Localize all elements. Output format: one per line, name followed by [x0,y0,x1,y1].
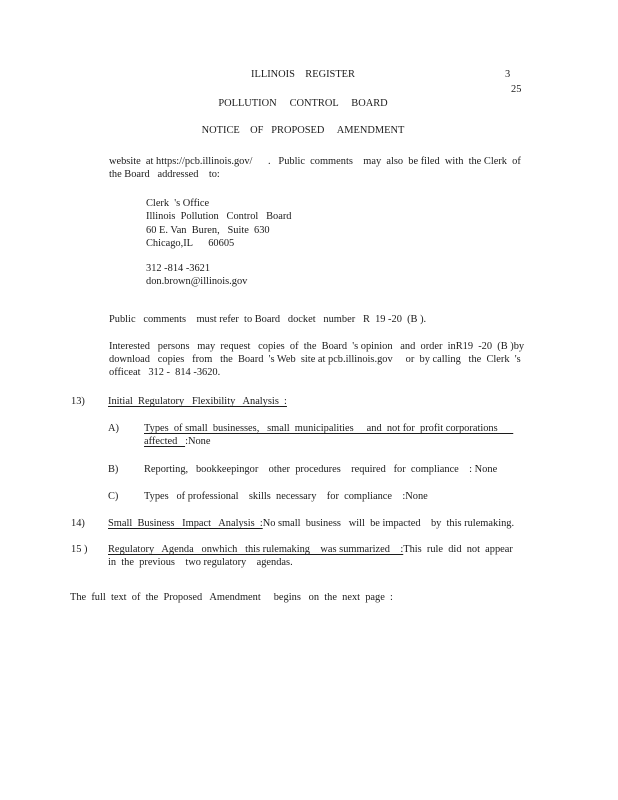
item15-value: This rule did not appear [403,544,513,555]
phone-number: 312 -814 -3621 [146,262,210,275]
para1-line1: website at https://pcb.illinois.gov/ . P… [109,155,521,168]
address-street: 60 E. Van Buren, Suite 630 [146,224,270,237]
item13a-letter: A) [108,422,119,435]
item15-number: 15 ) [71,543,87,556]
address-board: Illinois Pollution Control Board [146,210,291,223]
para3-line2: download copies from the Board 's Web si… [109,353,521,366]
item14-heading: Small Business Impact Analysis : [108,518,263,529]
item13a-line1: Types of small businesses, small municip… [144,422,513,435]
item13-heading: Initial Regulatory Flexibility Analysis … [108,395,287,408]
email-address: don.brown@illinois.gov [146,275,247,288]
item14-value: No small business will be impacted by th… [263,518,514,529]
para3-line3: officeat 312 - 814 -3620. [109,366,220,379]
footer-text: The full text of the Proposed Amendment … [70,591,393,604]
item13a-line2-underlined: affected [144,436,185,447]
item13c-letter: C) [108,490,118,503]
item15-line2: in the previous two regulatory agendas. [108,556,293,569]
item13b-letter: B) [108,463,118,476]
page-number: 3 [505,68,510,81]
item13c-text: Types of professional skills necessary f… [144,490,428,503]
item13-number: 13) [71,395,85,408]
item15-line1: Regulatory Agenda onwhich this rulemakin… [108,543,513,556]
item13a-line2-value: :None [185,436,210,447]
para3-line1: Interested persons may request copies of… [109,340,524,353]
address-clerk-office: Clerk 's Office [146,197,209,210]
para2: Public comments must refer to Board dock… [109,313,426,326]
notice-title: NOTICE OF PROPOSED AMENDMENT [0,124,606,137]
item13b-text: Reporting, bookkeepingor other procedure… [144,463,497,476]
document-page: ILLINOIS REGISTER 3 25 POLLUTION CONTROL… [0,0,618,800]
item13a-line2: affected :None [144,435,210,448]
address-city: Chicago,IL 60605 [146,237,234,250]
issue-number: 25 [511,83,521,96]
item15-heading: Regulatory Agenda onwhich this rulemakin… [108,544,403,555]
item14-number: 14) [71,517,85,530]
para1-line2: the Board addressed to: [109,168,220,181]
register-title: ILLINOIS REGISTER [0,68,606,81]
board-title: POLLUTION CONTROL BOARD [0,97,606,110]
item14-text: Small Business Impact Analysis :No small… [108,517,514,530]
